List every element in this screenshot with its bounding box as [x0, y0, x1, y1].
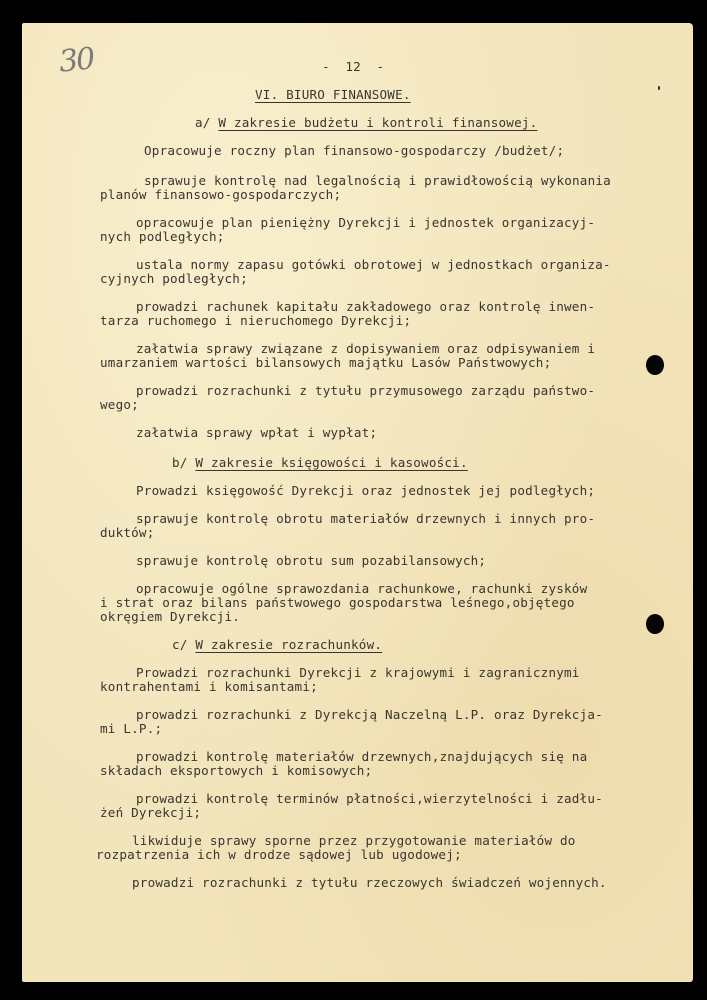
paragraph-line: duktów; [100, 525, 154, 540]
section-prefix: c/ [172, 637, 188, 652]
page-number: - 12 - [322, 59, 384, 74]
paragraph-line: prowadzi rozrachunki z tytułu rzeczowych… [132, 875, 607, 890]
paragraph-line: prowadzi rozrachunki z tytułu przymusowe… [136, 383, 595, 398]
paragraph-line: żeń Dyrekcji; [100, 805, 201, 820]
paragraph-line: załatwia sprawy wpłat i wypłat; [136, 425, 377, 440]
section-title: VI. BIURO FINANSOWE. [255, 87, 411, 102]
paragraph-line: kontrahentami i komisantami; [100, 679, 318, 694]
section-c-heading: c/ W zakresie rozrachunków. [172, 637, 382, 652]
paragraph-line: składach eksportowych i komisowych; [100, 763, 372, 778]
paragraph-line: Opracowuje roczny plan finansowo-gospoda… [144, 143, 564, 158]
ink-speck [658, 86, 660, 90]
paragraph-line: Prowadzi księgowość Dyrekcji oraz jednos… [136, 483, 595, 498]
section-heading-text: W zakresie księgowości i kasowości. [195, 455, 467, 470]
document-page: 30 - 12 - VI. BIURO FINANSOWE. a/ W zakr… [22, 23, 693, 982]
paragraph-line: opracowuje plan pieniężny Dyrekcji i jed… [136, 215, 595, 230]
paragraph-line: tarza ruchomego i nieruchomego Dyrekcji; [100, 313, 411, 328]
paragraph-line: cyjnych podległych; [100, 271, 248, 286]
typewritten-text: - 12 - VI. BIURO FINANSOWE. a/ W zakresi… [22, 23, 693, 982]
paragraph-line: rozpatrzenia ich w drodze sądowej lub ug… [96, 847, 462, 862]
section-a-heading: a/ W zakresie budżetu i kontroli finanso… [195, 115, 537, 130]
paragraph-line: wego; [100, 397, 139, 412]
paragraph-line: prowadzi kontrolę materiałów drzewnych,z… [136, 749, 587, 764]
paragraph-line: umarzaniem wartości bilansowych majątku … [100, 355, 551, 370]
section-heading-text: W zakresie rozrachunków. [195, 637, 382, 652]
section-heading-text: W zakresie budżetu i kontroli finansowej… [218, 115, 537, 130]
paragraph-line: planów finansowo-gospodarczych; [100, 187, 341, 202]
punch-hole [646, 355, 664, 375]
paragraph-line: likwiduje sprawy sporne przez przygotowa… [132, 833, 576, 848]
paragraph-line: załatwia sprawy związane z dopisywaniem … [136, 341, 595, 356]
paragraph-line: Prowadzi rozrachunki Dyrekcji z krajowym… [136, 665, 580, 680]
paragraph-line: opracowuje ogólne sprawozdania rachunkow… [136, 581, 587, 596]
paragraph-line: sprawuje kontrolę obrotu materiałów drze… [136, 511, 595, 526]
section-prefix: b/ [172, 455, 188, 470]
paragraph-line: prowadzi rachunek kapitału zakładowego o… [136, 299, 595, 314]
paragraph-line: prowadzi kontrolę terminów płatności,wie… [136, 791, 603, 806]
paragraph-line: prowadzi rozrachunki z Dyrekcją Naczelną… [136, 707, 603, 722]
paragraph-line: i strat oraz bilans państwowego gospodar… [100, 595, 575, 610]
section-prefix: a/ [195, 115, 211, 130]
paragraph-line: sprawuje kontrolę nad legalnością i praw… [144, 173, 611, 188]
paragraph-line: nych podległych; [100, 229, 225, 244]
section-b-heading: b/ W zakresie księgowości i kasowości. [172, 455, 468, 470]
paragraph-line: ustala normy zapasu gotówki obrotowej w … [136, 257, 611, 272]
paragraph-line: sprawuje kontrolę obrotu sum pozabilanso… [136, 553, 486, 568]
punch-hole [646, 614, 664, 634]
paragraph-line: okręgiem Dyrekcji. [100, 609, 240, 624]
paragraph-line: mi L.P.; [100, 721, 162, 736]
